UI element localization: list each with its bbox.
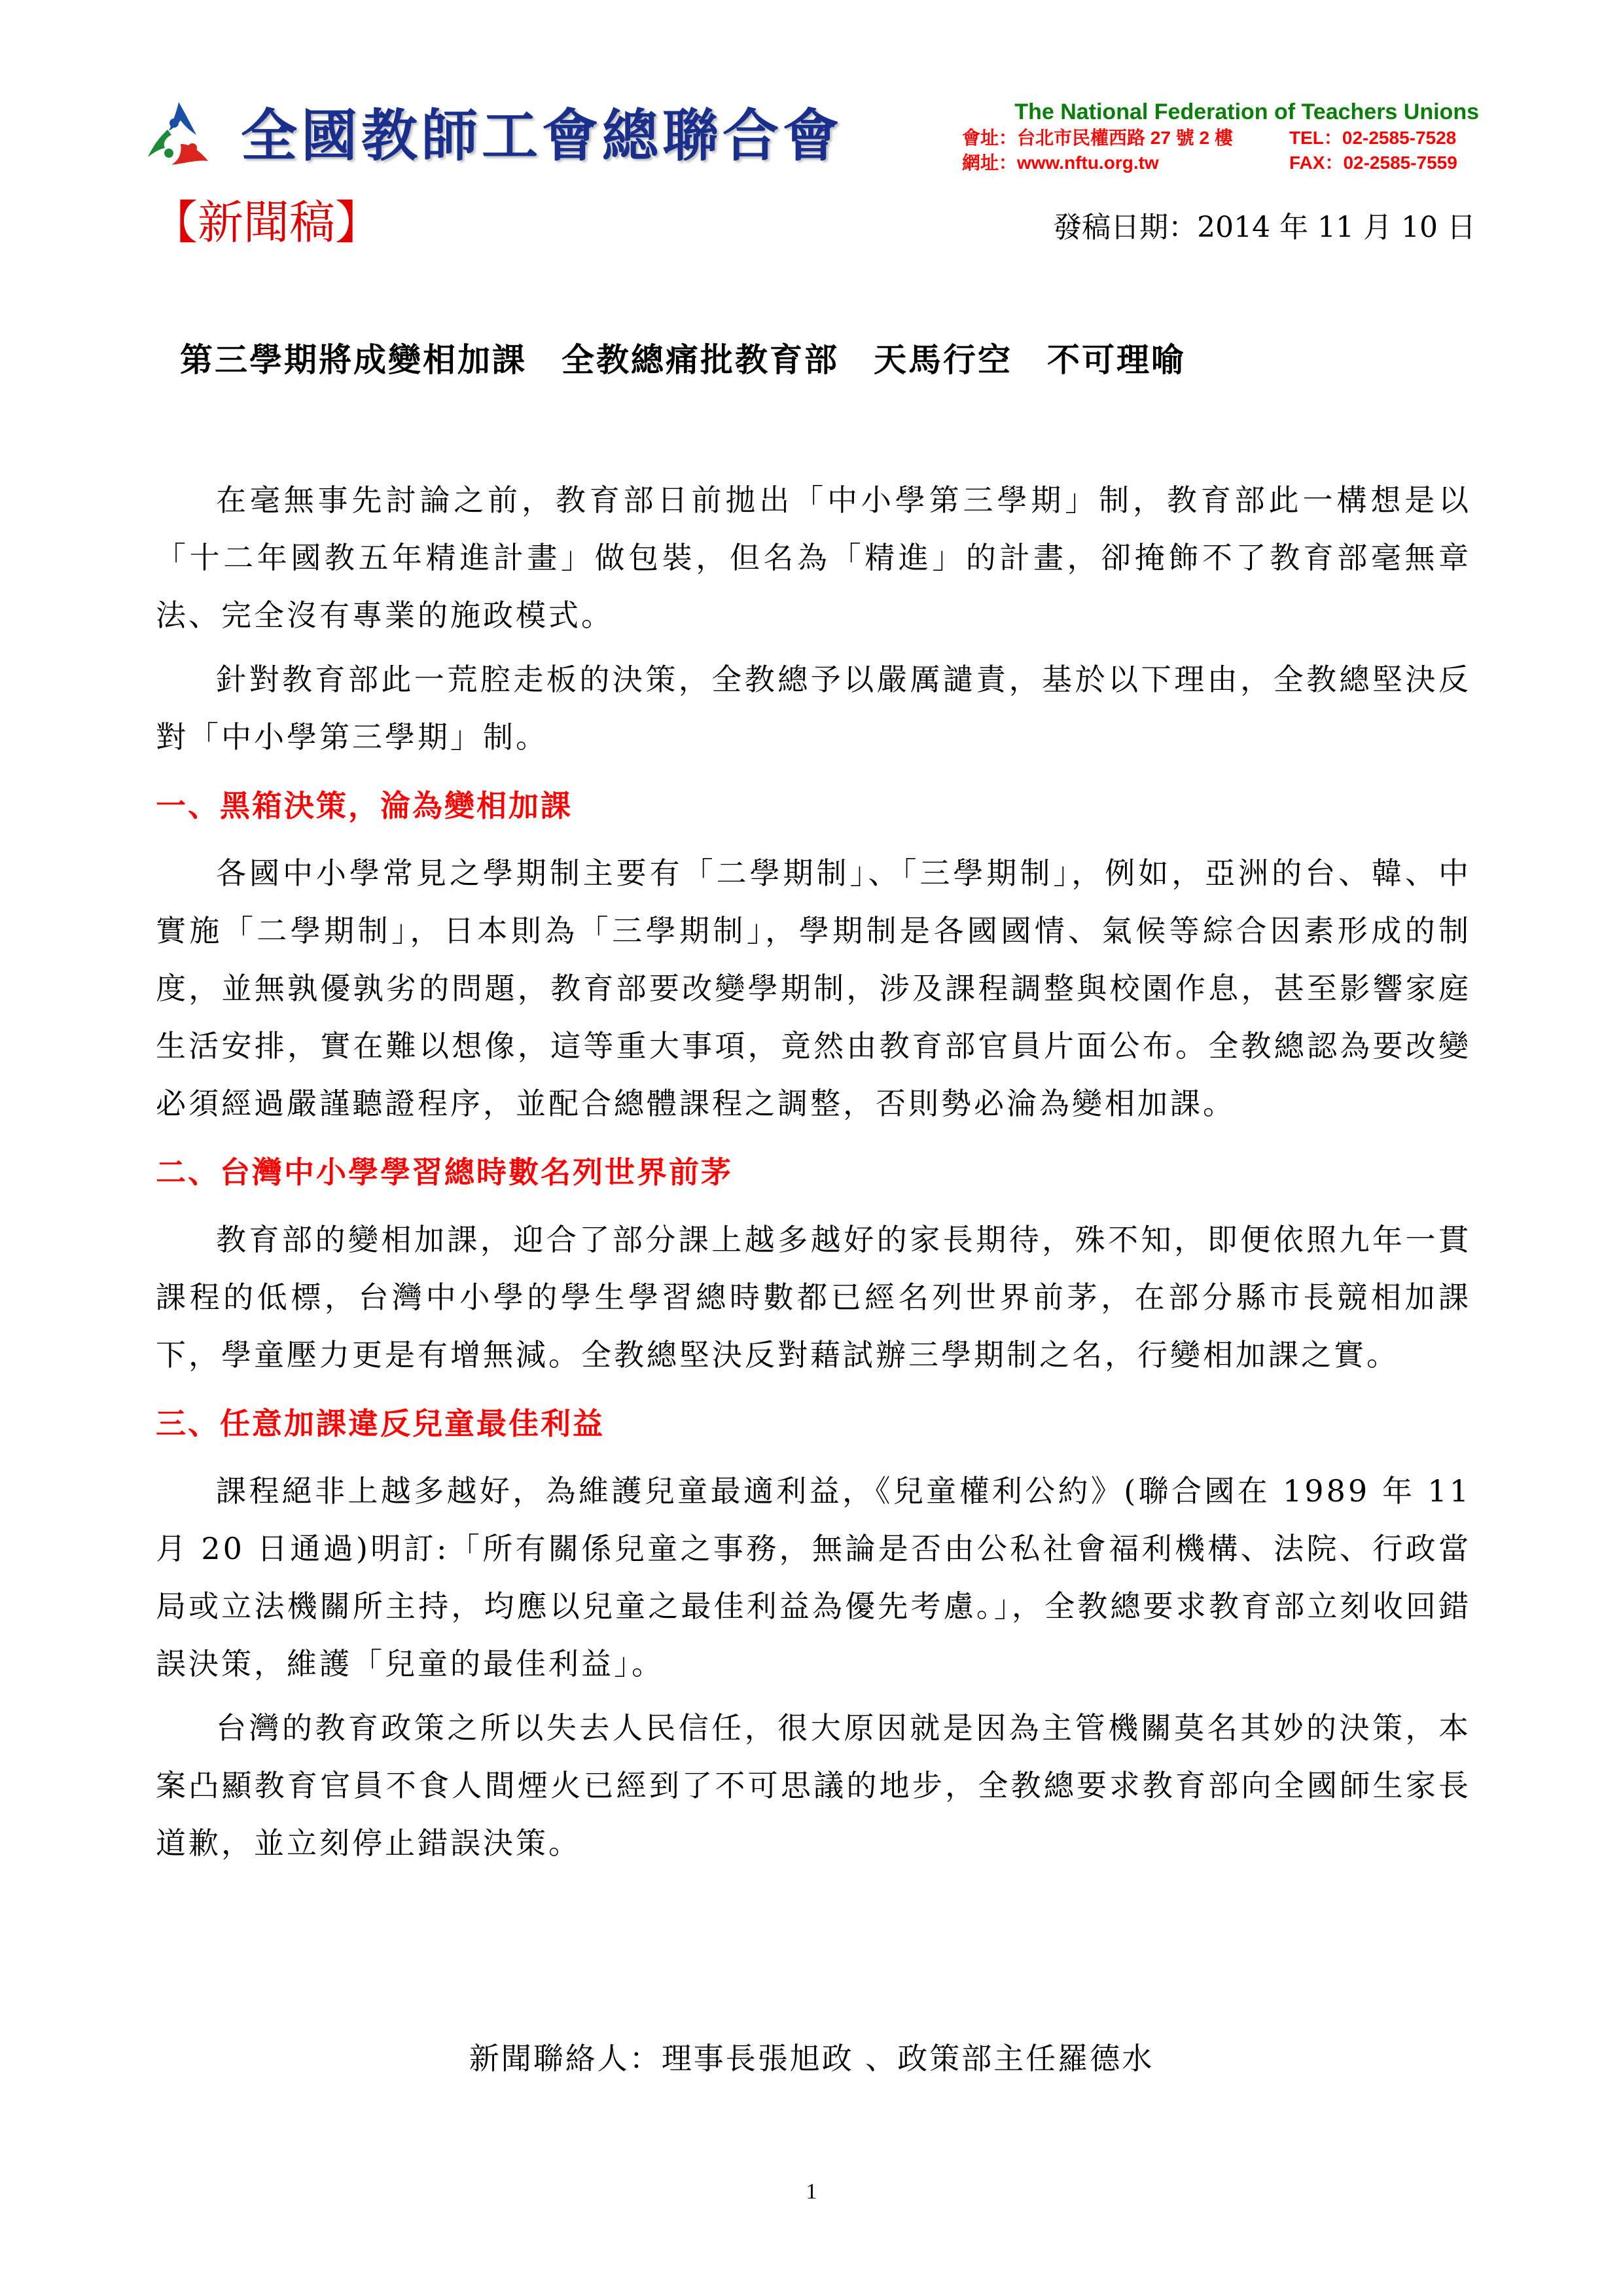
page-number: 1 — [0, 2179, 1623, 2204]
three-figures-logo-icon — [143, 97, 215, 169]
section-paragraph: 教育部的變相加課，迎合了部分課上越多越好的家長期待，殊不知，即便依照九年一貫課程… — [156, 1211, 1471, 1384]
org-name-english: The National Federation of Teachers Unio… — [929, 98, 1479, 126]
section-heading: 三、任意加課違反兒童最佳利益 — [156, 1394, 1471, 1453]
press-release-tag: 【新聞稿】 — [152, 196, 381, 249]
letterhead: 全國教師工會總聯合會 The National Federation of Te… — [0, 0, 1623, 275]
section-paragraph: 各國中小學常見之學期制主要有「二學期制」、「三學期制」，例如，亞洲的台、韓、中實… — [156, 844, 1471, 1132]
release-date: 發稿日期：2014 年 11 月 10 日 — [1053, 208, 1476, 247]
press-contact: 新聞聯絡人：理事長張旭政 、政策部主任羅德水 — [0, 2036, 1623, 2081]
document-body: 在毫無事先討論之前，教育部日前拋出「中小學第三學期」制，教育部此一構想是以「十二… — [156, 471, 1471, 1878]
section-heading: 一、黑箱決策，淪為變相加課 — [156, 776, 1471, 835]
contact-row-web: 網址：www.nftu.org.tw FAX：02-2585-7559 — [929, 151, 1479, 175]
address: 會址：台北市民權西路 27 號 2 樓 — [962, 126, 1289, 151]
document-title: 第三學期將成變相加課 全教總痛批教育部 天馬行空 不可理喻 — [180, 337, 1450, 383]
contact-info: The National Federation of Teachers Unio… — [929, 98, 1479, 175]
section-paragraph: 台灣的教育政策之所以失去人民信任，很大原因就是因為主管機關莫名其妙的決策，本案凸… — [156, 1699, 1471, 1872]
org-name-chinese: 全國教師工會總聯合會 — [241, 97, 843, 175]
section-heading: 二、台灣中小學學習總時數名列世界前茅 — [156, 1143, 1471, 1202]
org-logo: 全國教師工會總聯合會 — [143, 97, 705, 182]
intro-paragraph: 在毫無事先討論之前，教育部日前拋出「中小學第三學期」制，教育部此一構想是以「十二… — [156, 471, 1471, 644]
contact-row-address: 會址：台北市民權西路 27 號 2 樓 TEL：02-2585-7528 — [929, 126, 1479, 151]
telephone: TEL：02-2585-7528 — [1289, 126, 1479, 151]
section-paragraph: 課程絕非上越多越好，為維護兒童最適利益，《兒童權利公約》(聯合國在 1989 年… — [156, 1462, 1471, 1693]
fax: FAX：02-2585-7559 — [1289, 151, 1479, 175]
intro-paragraph: 針對教育部此一荒腔走板的決策，全教總予以嚴厲譴責，基於以下理由，全教總堅決反對「… — [156, 651, 1471, 766]
website-link[interactable]: 網址：www.nftu.org.tw — [962, 151, 1289, 175]
